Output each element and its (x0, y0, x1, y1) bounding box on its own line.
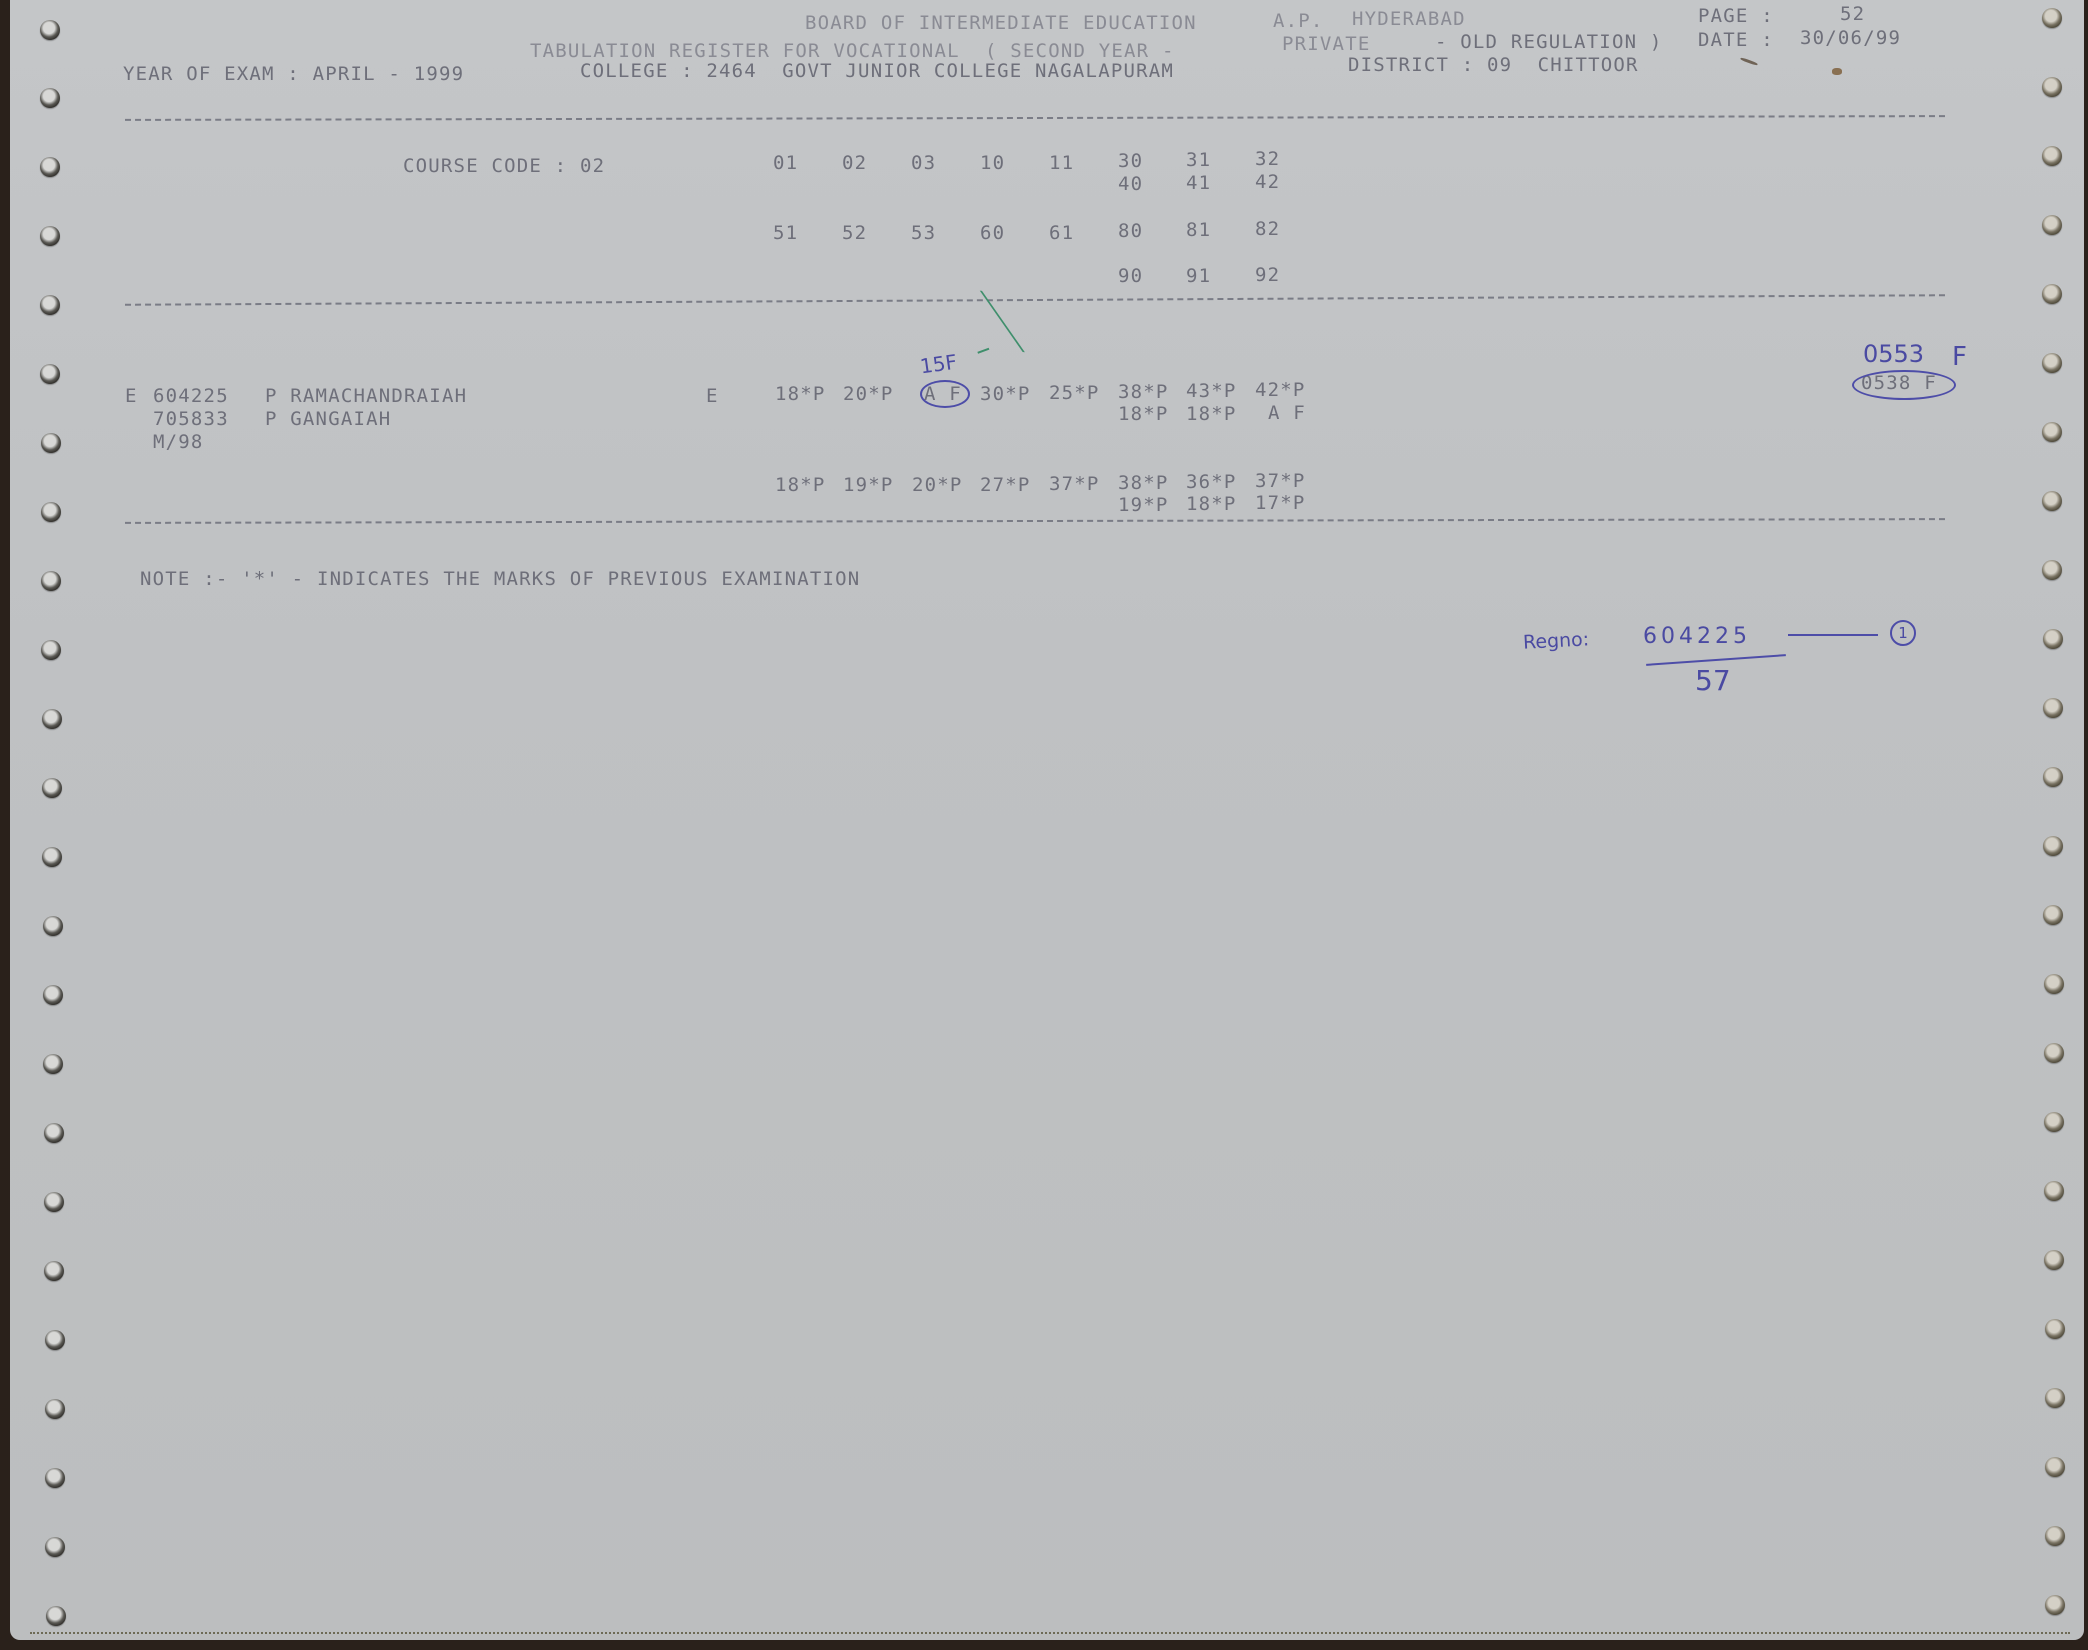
handwritten-corrected-result: F (1952, 342, 1967, 372)
subject-code: 30 (1118, 150, 1143, 172)
district-info: DISTRICT : 09 CHITTOOR (1348, 54, 1639, 76)
feed-hole (2043, 698, 2063, 718)
medium: E (706, 385, 719, 407)
subject-code: 51 (773, 222, 798, 244)
previous-exam: M/98 (153, 431, 204, 453)
circled-number: 1 (1890, 620, 1916, 646)
separator-line (125, 518, 1945, 524)
subject-code: 31 (1186, 149, 1211, 171)
feed-hole (43, 916, 63, 936)
circled-af-mark (920, 380, 970, 408)
feed-hole (45, 1330, 65, 1350)
feed-hole (2045, 1595, 2065, 1615)
subject-mark: A F (1268, 402, 1306, 424)
page-number: 52 (1840, 3, 1865, 25)
subject-code: 82 (1255, 218, 1280, 240)
handwritten-regno-value: 604225 (1643, 624, 1751, 649)
feed-hole (2045, 1388, 2065, 1408)
report-date: 30/06/99 (1800, 27, 1901, 49)
feed-hole (40, 157, 60, 177)
regulation-label: - OLD REGULATION ) (1435, 31, 1663, 53)
handwritten-corrected-total: 0553 (1863, 340, 1924, 368)
feed-hole (2042, 422, 2062, 442)
father-name: P GANGAIAH (265, 408, 391, 430)
subject-mark: 42*P (1255, 379, 1306, 401)
feed-hole (44, 1192, 64, 1212)
handwritten-regno-denominator: 57 (1695, 664, 1731, 697)
subject-mark: 38*P (1118, 472, 1169, 494)
subject-mark: 25*P (1049, 382, 1100, 404)
feed-hole (2042, 560, 2062, 580)
candidate-type: PRIVATE (1282, 33, 1370, 55)
feed-hole (40, 226, 60, 246)
feed-hole (46, 1606, 66, 1626)
feed-hole (2042, 146, 2062, 166)
handwritten-above-af: 15F (919, 350, 959, 379)
feed-hole (2042, 284, 2062, 304)
subject-mark: 20*P (843, 383, 894, 405)
subject-code: 02 (842, 152, 867, 174)
feed-hole (2042, 215, 2062, 235)
city-label: HYDERABAD (1352, 8, 1466, 30)
subject-code: 41 (1186, 172, 1211, 194)
subject-mark: 36*P (1186, 471, 1237, 493)
subject-mark: 18*P (775, 474, 826, 496)
feed-hole (2044, 1250, 2064, 1270)
subject-mark: 20*P (912, 474, 963, 496)
subject-mark: 19*P (843, 474, 894, 496)
feed-hole (2045, 1457, 2065, 1477)
subject-mark: 43*P (1186, 380, 1237, 402)
page-label: PAGE : (1698, 5, 1774, 27)
subject-code: 80 (1118, 220, 1143, 242)
feed-hole (40, 20, 60, 40)
bottom-perforation (30, 1632, 2070, 1634)
subject-mark: 30*P (980, 383, 1031, 405)
feed-hole (42, 847, 62, 867)
circled-total (1852, 370, 1956, 400)
feed-hole (2044, 1181, 2064, 1201)
subject-mark: 37*P (1255, 470, 1306, 492)
feed-hole (42, 778, 62, 798)
feed-hole (41, 571, 61, 591)
feed-hole (2045, 1526, 2065, 1546)
subject-code: 40 (1118, 173, 1143, 195)
subject-code: 01 (773, 152, 798, 174)
feed-hole (2044, 1112, 2064, 1132)
candidate-name: P RAMACHANDRAIAH (265, 385, 467, 407)
feed-hole (41, 502, 61, 522)
feed-hole (45, 1537, 65, 1557)
feed-hole (41, 640, 61, 660)
feed-hole (44, 1123, 64, 1143)
subject-code: 60 (980, 222, 1005, 244)
separator-line (125, 294, 1945, 306)
feed-hole (42, 709, 62, 729)
date-label: DATE : (1698, 29, 1774, 51)
ink-stain (1832, 68, 1842, 75)
subject-mark: 19*P (1118, 494, 1169, 516)
subject-code: 81 (1186, 219, 1211, 241)
medium-prefix: E (125, 385, 138, 407)
footnote: NOTE :- '*' - INDICATES THE MARKS OF PRE… (140, 568, 860, 590)
subject-mark: 37*P (1049, 473, 1100, 495)
reg-number: 604225 (153, 385, 229, 407)
feed-hole (2044, 1043, 2064, 1063)
subject-mark: 18*P (1186, 403, 1237, 425)
course-code: COURSE CODE : 02 (403, 155, 605, 177)
check-mark-tail (975, 340, 990, 354)
subject-code: 90 (1118, 265, 1143, 287)
subject-code: 32 (1255, 148, 1280, 170)
ink-stain (1740, 57, 1758, 66)
subject-mark: 27*P (980, 474, 1031, 496)
handwritten-regno-label: Regno: (1522, 628, 1589, 653)
college-info: COLLEGE : 2464 GOVT JUNIOR COLLEGE NAGAL… (580, 60, 1174, 82)
feed-hole (2043, 905, 2063, 925)
old-reg-number: 705833 (153, 408, 229, 430)
feed-hole (2042, 491, 2062, 511)
subject-code: 11 (1049, 152, 1074, 174)
feed-hole (2045, 1319, 2065, 1339)
subject-code: 52 (842, 222, 867, 244)
separator-line (125, 115, 1945, 121)
feed-hole (2042, 77, 2062, 97)
subject-code: 61 (1049, 222, 1074, 244)
feed-hole (40, 364, 60, 384)
feed-hole (2042, 8, 2062, 28)
subject-code: 10 (980, 152, 1005, 174)
feed-hole (43, 985, 63, 1005)
feed-hole (2043, 629, 2063, 649)
subject-mark: 18*P (1186, 493, 1237, 515)
feed-hole (44, 1261, 64, 1281)
subject-code: 42 (1255, 171, 1280, 193)
tabulation-register-sheet: BOARD OF INTERMEDIATE EDUCATION A.P. HYD… (10, 0, 2084, 1640)
register-title: TABULATION REGISTER FOR VOCATIONAL ( SEC… (530, 40, 1175, 62)
feed-hole (40, 295, 60, 315)
subject-code: 53 (911, 222, 936, 244)
state-label: A.P. (1273, 10, 1324, 32)
subject-mark: 17*P (1255, 492, 1306, 514)
feed-hole (45, 1468, 65, 1488)
pointer-line (1788, 634, 1878, 636)
subject-code: 03 (911, 152, 936, 174)
subject-mark: 18*P (775, 383, 826, 405)
feed-hole (41, 433, 61, 453)
subject-mark: 18*P (1118, 403, 1169, 425)
feed-hole (40, 88, 60, 108)
feed-hole (2044, 974, 2064, 994)
subject-code: 92 (1255, 264, 1280, 286)
feed-hole (2043, 836, 2063, 856)
subject-mark: 38*P (1118, 381, 1169, 403)
feed-hole (2043, 767, 2063, 787)
subject-code: 91 (1186, 265, 1211, 287)
feed-hole (45, 1399, 65, 1419)
year-of-exam: YEAR OF EXAM : APRIL - 1999 (123, 63, 464, 85)
feed-hole (2042, 353, 2062, 373)
feed-hole (43, 1054, 63, 1074)
board-title: BOARD OF INTERMEDIATE EDUCATION (805, 12, 1197, 34)
